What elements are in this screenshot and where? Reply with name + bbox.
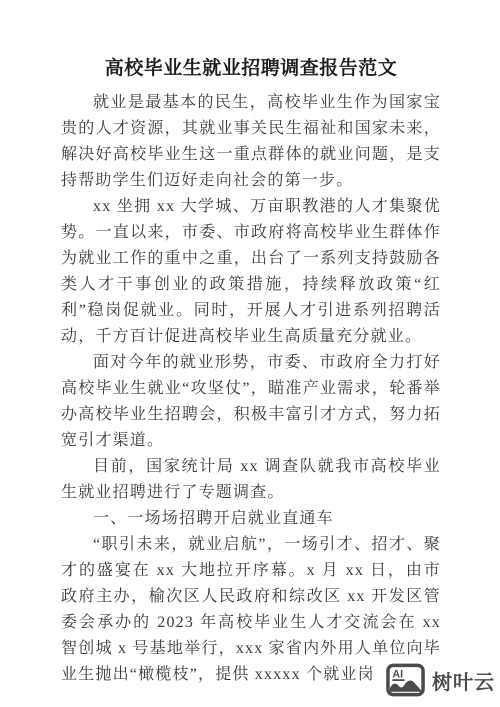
paragraph-city-advantage: xx 坐拥 xx 大学城、万亩职教港的人才集聚优势。一直以来，市委、市政府将高校… (61, 194, 441, 350)
paragraph-employment-situation: 面对今年的就业形势，市委、市政府全力打好高校毕业生就业“攻坚仗”，瞄准产业需求，… (61, 350, 441, 454)
paragraph-intro: 就业是最基本的民生，高校毕业生作为国家宝贵的人才资源，其就业事关民生福祉和国家未… (61, 90, 441, 194)
watermark-brand: 树叶云 (432, 666, 495, 695)
paragraph-job-fair: “职引未来，就业启航”，一场引才、招才、聚才的盛宴在 xx 大地拉开序幕。x 月… (61, 532, 441, 688)
ai-image-icon: AI (386, 663, 425, 697)
svg-text:AI: AI (392, 669, 403, 681)
document-content-area: 高校毕业生就业招聘调查报告范文 就业是最基本的民生，高校毕业生作为国家宝贵的人才… (61, 0, 441, 688)
document-body: 就业是最基本的民生，高校毕业生作为国家宝贵的人才资源，其就业事关民生福祉和国家未… (61, 90, 441, 688)
watermark: AI 树叶云 (386, 663, 495, 697)
document-page: 高校毕业生就业招聘调查报告范文 就业是最基本的民生，高校毕业生作为国家宝贵的人才… (0, 0, 500, 707)
document-title: 高校毕业生就业招聘调查报告范文 (61, 56, 441, 82)
section-heading: 一、一场场招聘开启就业直通车 (61, 506, 441, 532)
paragraph-survey-note: 目前，国家统计局 xx 调查队就我市高校毕业生就业招聘进行了专题调查。 (61, 454, 441, 506)
